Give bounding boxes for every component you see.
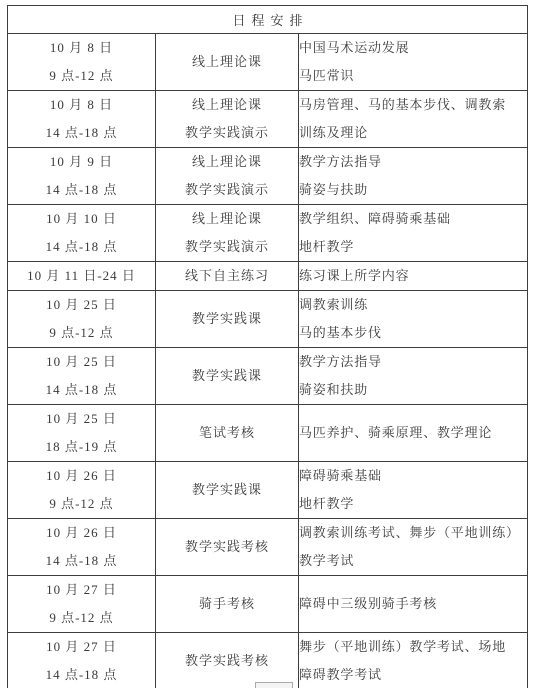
text-line: 9 点-12 点 <box>8 490 155 518</box>
text-line: 练习课上所学内容 <box>299 262 527 290</box>
text-line: 调教索训练考试、舞步（平地训练） <box>299 519 527 547</box>
text-line: 教学实践课 <box>156 476 298 504</box>
text-line: 10 月 9 日 <box>8 148 155 176</box>
cell-content: 调教索训练马的基本步伐 <box>299 291 528 348</box>
text-line: 教学组织、障碍骑乘基础 <box>299 205 527 233</box>
cell-type: 线下自主练习 <box>156 262 299 291</box>
cell-content: 调教索训练考试、舞步（平地训练）教学考试 <box>299 519 528 576</box>
cell-content: 教学方法指导骑姿和扶助 <box>299 348 528 405</box>
text-line: 线下自主练习 <box>156 262 298 290</box>
text-line: 10 月 8 日 <box>8 91 155 119</box>
cell-date: 10 月 27 日14 点-18 点 <box>8 633 156 688</box>
text-line: 10 月 25 日 <box>8 291 155 319</box>
cell-content: 障碍骑乘基础地杆教学 <box>299 462 528 519</box>
cell-type: 线上理论课 <box>156 34 299 91</box>
cell-type: 线上理论课教学实践演示 <box>156 148 299 205</box>
cell-date: 10 月 11 日-24 日 <box>8 262 156 291</box>
text-line: 障碍骑乘基础 <box>299 462 527 490</box>
text-line: 10 月 27 日 <box>8 576 155 604</box>
text-line: 线上理论课 <box>156 48 298 76</box>
cell-date: 10 月 25 日18 点-19 点 <box>8 405 156 462</box>
document-page: 日程安排 10 月 8 日9 点-12 点线上理论课中国马术运动发展马匹常识10… <box>0 0 534 688</box>
cell-date: 10 月 26 日14 点-18 点 <box>8 519 156 576</box>
schedule-row: 10 月 8 日14 点-18 点线上理论课教学实践演示马房管理、马的基本步伐、… <box>8 91 528 148</box>
cell-content: 马房管理、马的基本步伐、调教索训练及理论 <box>299 91 528 148</box>
text-line: 教学实践课 <box>156 362 298 390</box>
cell-date: 10 月 8 日9 点-12 点 <box>8 34 156 91</box>
cell-type: 教学实践课 <box>156 348 299 405</box>
text-line: 14 点-18 点 <box>8 547 155 575</box>
text-line: 10 月 26 日 <box>8 519 155 547</box>
cell-date: 10 月 25 日14 点-18 点 <box>8 348 156 405</box>
text-line: 线上理论课 <box>156 148 298 176</box>
text-line: 14 点-18 点 <box>8 233 155 261</box>
cell-type: 教学实践课 <box>156 462 299 519</box>
schedule-row: 10 月 26 日14 点-18 点教学实践考核调教索训练考试、舞步（平地训练）… <box>8 519 528 576</box>
text-line: 14 点-18 点 <box>8 176 155 204</box>
text-line: 9 点-12 点 <box>8 319 155 347</box>
cell-type: 笔试考核 <box>156 405 299 462</box>
bottom-partial-box <box>255 682 293 688</box>
text-line: 地杆教学 <box>299 490 527 518</box>
text-line: 教学实践演示 <box>156 176 298 204</box>
cell-date: 10 月 9 日14 点-18 点 <box>8 148 156 205</box>
text-line: 马匹养护、骑乘原理、教学理论 <box>299 419 527 447</box>
table-title: 日程安排 <box>8 6 528 34</box>
schedule-row: 10 月 26 日9 点-12 点教学实践课障碍骑乘基础地杆教学 <box>8 462 528 519</box>
cell-content: 马匹养护、骑乘原理、教学理论 <box>299 405 528 462</box>
cell-content: 教学方法指导骑姿与扶助 <box>299 148 528 205</box>
cell-content: 中国马术运动发展马匹常识 <box>299 34 528 91</box>
cell-type: 骑手考核 <box>156 576 299 633</box>
text-line: 10 月 25 日 <box>8 348 155 376</box>
text-line: 14 点-18 点 <box>8 119 155 147</box>
text-line: 调教索训练 <box>299 291 527 319</box>
cell-type: 教学实践课 <box>156 291 299 348</box>
text-line: 18 点-19 点 <box>8 433 155 461</box>
text-line: 骑手考核 <box>156 590 298 618</box>
text-line: 障碍教学考试 <box>299 661 527 688</box>
schedule-row: 10 月 25 日14 点-18 点教学实践课教学方法指导骑姿和扶助 <box>8 348 528 405</box>
text-line: 骑姿与扶助 <box>299 176 527 204</box>
cell-type: 线上理论课教学实践演示 <box>156 91 299 148</box>
cell-date: 10 月 27 日9 点-12 点 <box>8 576 156 633</box>
text-line: 马房管理、马的基本步伐、调教索 <box>299 91 527 119</box>
text-line: 线上理论课 <box>156 91 298 119</box>
text-line: 骑姿和扶助 <box>299 376 527 404</box>
schedule-row: 10 月 25 日18 点-19 点笔试考核马匹养护、骑乘原理、教学理论 <box>8 405 528 462</box>
cell-content: 障碍中三级别骑手考核 <box>299 576 528 633</box>
cell-date: 10 月 10 日14 点-18 点 <box>8 205 156 262</box>
text-line: 马匹常识 <box>299 62 527 90</box>
schedule-row: 10 月 27 日14 点-18 点教学实践考核舞步（平地训练）教学考试、场地障… <box>8 633 528 688</box>
cell-content: 练习课上所学内容 <box>299 262 528 291</box>
text-line: 9 点-12 点 <box>8 62 155 90</box>
table-header-row: 日程安排 <box>8 6 528 34</box>
cell-content: 舞步（平地训练）教学考试、场地障碍教学考试 <box>299 633 528 688</box>
text-line: 教学实践课 <box>156 305 298 333</box>
text-line: 教学实践演示 <box>156 233 298 261</box>
cell-type: 教学实践考核 <box>156 519 299 576</box>
text-line: 马的基本步伐 <box>299 319 527 347</box>
schedule-row: 10 月 27 日9 点-12 点骑手考核障碍中三级别骑手考核 <box>8 576 528 633</box>
text-line: 教学方法指导 <box>299 148 527 176</box>
text-line: 14 点-18 点 <box>8 376 155 404</box>
text-line: 10 月 25 日 <box>8 405 155 433</box>
text-line: 地杆教学 <box>299 233 527 261</box>
schedule-row: 10 月 8 日9 点-12 点线上理论课中国马术运动发展马匹常识 <box>8 34 528 91</box>
text-line: 教学实践考核 <box>156 647 298 675</box>
text-line: 中国马术运动发展 <box>299 34 527 62</box>
schedule-row: 10 月 10 日14 点-18 点线上理论课教学实践演示教学组织、障碍骑乘基础… <box>8 205 528 262</box>
text-line: 10 月 10 日 <box>8 205 155 233</box>
cell-content: 教学组织、障碍骑乘基础地杆教学 <box>299 205 528 262</box>
text-line: 舞步（平地训练）教学考试、场地 <box>299 633 527 661</box>
text-line: 10 月 8 日 <box>8 34 155 62</box>
schedule-row: 10 月 11 日-24 日线下自主练习练习课上所学内容 <box>8 262 528 291</box>
text-line: 教学方法指导 <box>299 348 527 376</box>
text-line: 教学实践演示 <box>156 119 298 147</box>
text-line: 笔试考核 <box>156 419 298 447</box>
text-line: 线上理论课 <box>156 205 298 233</box>
cell-date: 10 月 8 日14 点-18 点 <box>8 91 156 148</box>
text-line: 10 月 27 日 <box>8 633 155 661</box>
text-line: 10 月 11 日-24 日 <box>8 262 155 290</box>
text-line: 教学实践考核 <box>156 533 298 561</box>
cell-type: 线上理论课教学实践演示 <box>156 205 299 262</box>
cell-date: 10 月 25 日9 点-12 点 <box>8 291 156 348</box>
text-line: 10 月 26 日 <box>8 462 155 490</box>
schedule-row: 10 月 25 日9 点-12 点教学实践课调教索训练马的基本步伐 <box>8 291 528 348</box>
text-line: 训练及理论 <box>299 119 527 147</box>
cell-type: 教学实践考核 <box>156 633 299 688</box>
cell-date: 10 月 26 日9 点-12 点 <box>8 462 156 519</box>
schedule-row: 10 月 9 日14 点-18 点线上理论课教学实践演示教学方法指导骑姿与扶助 <box>8 148 528 205</box>
text-line: 9 点-12 点 <box>8 604 155 632</box>
schedule-table: 日程安排 10 月 8 日9 点-12 点线上理论课中国马术运动发展马匹常识10… <box>7 5 528 688</box>
text-line: 14 点-18 点 <box>8 661 155 688</box>
text-line: 教学考试 <box>299 547 527 575</box>
text-line: 障碍中三级别骑手考核 <box>299 590 527 618</box>
